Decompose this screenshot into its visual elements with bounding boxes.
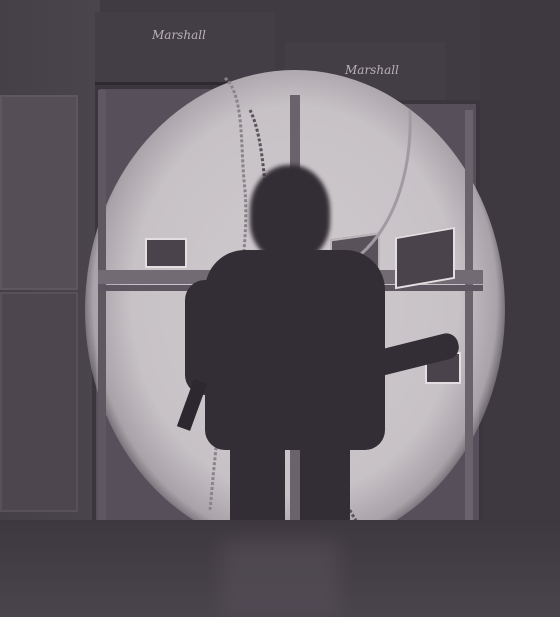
photograph: Marshall Marshall xyxy=(0,0,560,617)
shadow-head xyxy=(250,165,330,260)
shadow-leg-right xyxy=(300,420,350,530)
shadow-arm xyxy=(185,280,230,395)
floor-reflection xyxy=(220,540,340,617)
shadow-leg-left xyxy=(230,420,285,530)
shadow-torso xyxy=(205,250,385,450)
